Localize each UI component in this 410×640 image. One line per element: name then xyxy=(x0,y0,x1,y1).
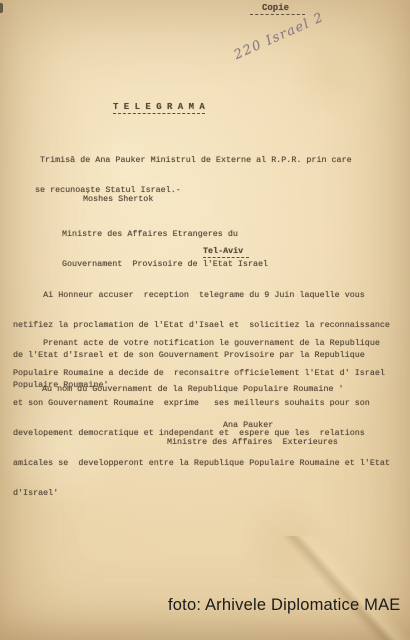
body-line: Ai Honneur accuser reception telegrame d… xyxy=(13,290,390,300)
telegram-title: T E L E G R A M A xyxy=(113,102,205,114)
recipient-title-line: Gouvernament Provisoire de l'Etat Israel xyxy=(62,259,268,269)
photo-credit-caption: foto: Arhivele Diplomatice MAE xyxy=(168,596,401,615)
summary-line: Trimisă de Ana Pauker Ministrul de Exter… xyxy=(35,155,352,165)
copy-label-wrap: Copie xyxy=(250,3,305,13)
recipient-title-line: Ministre des Affaires Etrangeres du xyxy=(62,229,268,239)
body-paragraph-2: Prenant acte de votre notification le go… xyxy=(13,318,390,518)
signature-title: Ministre des Affaires Exterieures xyxy=(167,437,338,447)
edge-ink-mark xyxy=(0,3,3,13)
scanned-telegram-photo: Copie 220 Israel 2 T E L E G R A M A Tri… xyxy=(0,0,410,640)
body-line: et son Gouvernament Roumaine exprime ses… xyxy=(13,398,390,408)
body-line: d'Israel' xyxy=(13,488,390,498)
recipient-city: Tel-Aviv xyxy=(203,246,249,258)
body-line: Prenant acte de votre notification le go… xyxy=(13,338,390,348)
closing-line: Au nom du Gouvernament de la Republique … xyxy=(42,384,344,394)
body-line: Populaire Roumaine a decide de reconsait… xyxy=(13,368,390,378)
recipient-name: Moshes Shertok xyxy=(83,194,153,204)
signature-name: Ana Pauker xyxy=(223,420,273,430)
copy-label: Copie xyxy=(250,3,305,15)
recipient-city-wrap: Tel-Aviv xyxy=(203,246,249,256)
telegram-title-wrap: T E L E G R A M A xyxy=(113,102,205,112)
body-line: amicales se developperont entre la Repub… xyxy=(13,458,390,468)
